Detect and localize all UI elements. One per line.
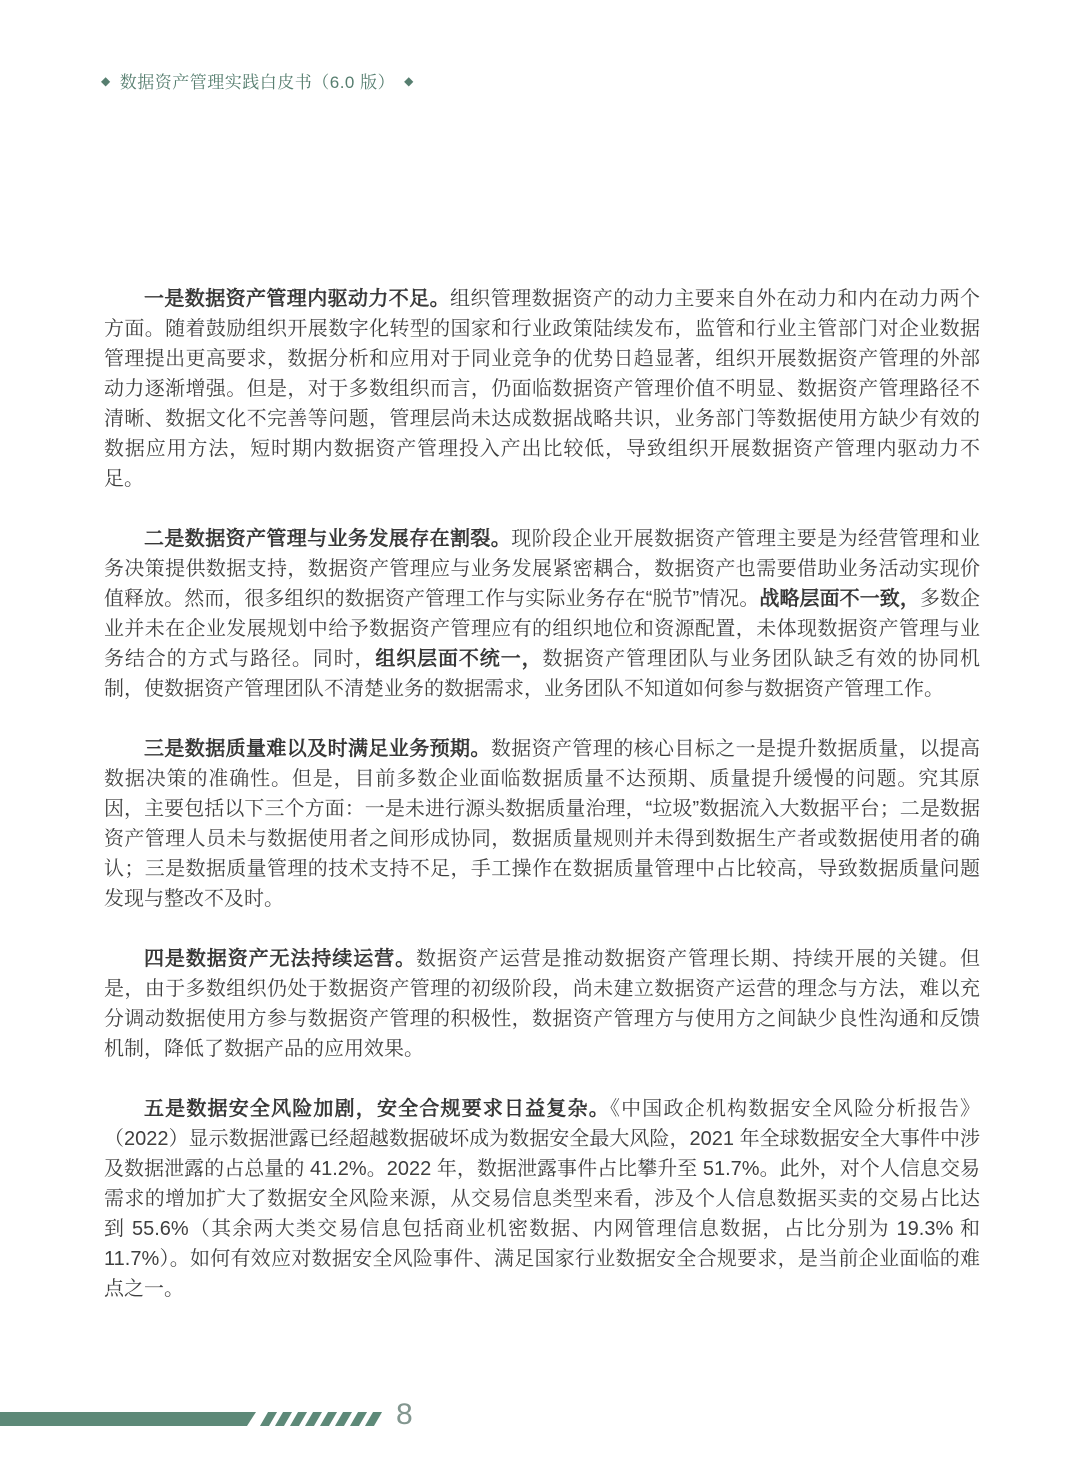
document-page: ◆ 数据资产管理实践白皮书（6.0 版） ◆ 一是数据资产管理内驱动力不足。组织… (0, 0, 1080, 1466)
diamond-icon-left: ◆ (101, 75, 111, 87)
paragraph-lead-bold: 五是数据安全风险加剧，安全合规要求日益复杂。 (144, 1098, 610, 1120)
paragraph: 二是数据资产管理与业务发展存在割裂。现阶段企业开展数据资产管理主要是为经营管理和… (104, 524, 980, 704)
diamond-icon-right: ◆ (404, 75, 414, 87)
paragraph-text: 数据资产管理的核心目标之一是提升数据质量，以提高数据决策的准确性。但是，目前多数… (104, 738, 980, 910)
paragraph-lead-bold: 战略层面不一致， (759, 588, 920, 610)
paragraph: 五是数据安全风险加剧，安全合规要求日益复杂。《中国政企机构数据安全风险分析报告》… (104, 1094, 980, 1304)
slash-mark (320, 1412, 337, 1426)
paragraph-lead-bold: 一是数据资产管理内驱动力不足。 (144, 288, 450, 310)
paragraph: 一是数据资产管理内驱动力不足。组织管理数据资产的动力主要来自外在动力和内在动力两… (104, 284, 980, 494)
paragraph-lead-bold: 三是数据质量难以及时满足业务预期。 (144, 738, 491, 760)
slash-mark (305, 1412, 322, 1426)
paragraph-lead-bold: 二是数据资产管理与业务发展存在割裂。 (144, 528, 511, 550)
slash-mark (365, 1412, 382, 1426)
document-header: ◆ 数据资产管理实践白皮书（6.0 版） ◆ (101, 68, 414, 93)
slash-mark (335, 1412, 352, 1426)
slash-mark (275, 1412, 292, 1426)
footer-slash-decoration (264, 1412, 378, 1426)
slash-mark (350, 1412, 367, 1426)
footer-bar-decoration (0, 1412, 256, 1426)
paragraph-text: 组织管理数据资产的动力主要来自外在动力和内在动力两个方面。随着鼓励组织开展数字化… (104, 288, 980, 490)
paragraph: 四是数据资产无法持续运营。数据资产运营是推动数据资产管理长期、持续开展的关键。但… (104, 944, 980, 1064)
document-body: 一是数据资产管理内驱动力不足。组织管理数据资产的动力主要来自外在动力和内在动力两… (104, 284, 980, 1334)
page-number: 8 (396, 1399, 413, 1431)
paragraph-lead-bold: 组织层面不统一， (375, 648, 542, 670)
slash-mark (290, 1412, 307, 1426)
paragraph: 三是数据质量难以及时满足业务预期。数据资产管理的核心目标之一是提升数据质量，以提… (104, 734, 980, 914)
slash-mark (260, 1412, 277, 1426)
header-title: 数据资产管理实践白皮书（6.0 版） (120, 68, 395, 93)
paragraph-text: 《中国政企机构数据安全风险分析报告》（2022）显示数据泄露已经超越数据破坏成为… (104, 1098, 980, 1300)
paragraph-lead-bold: 四是数据资产无法持续运营。 (144, 948, 416, 970)
